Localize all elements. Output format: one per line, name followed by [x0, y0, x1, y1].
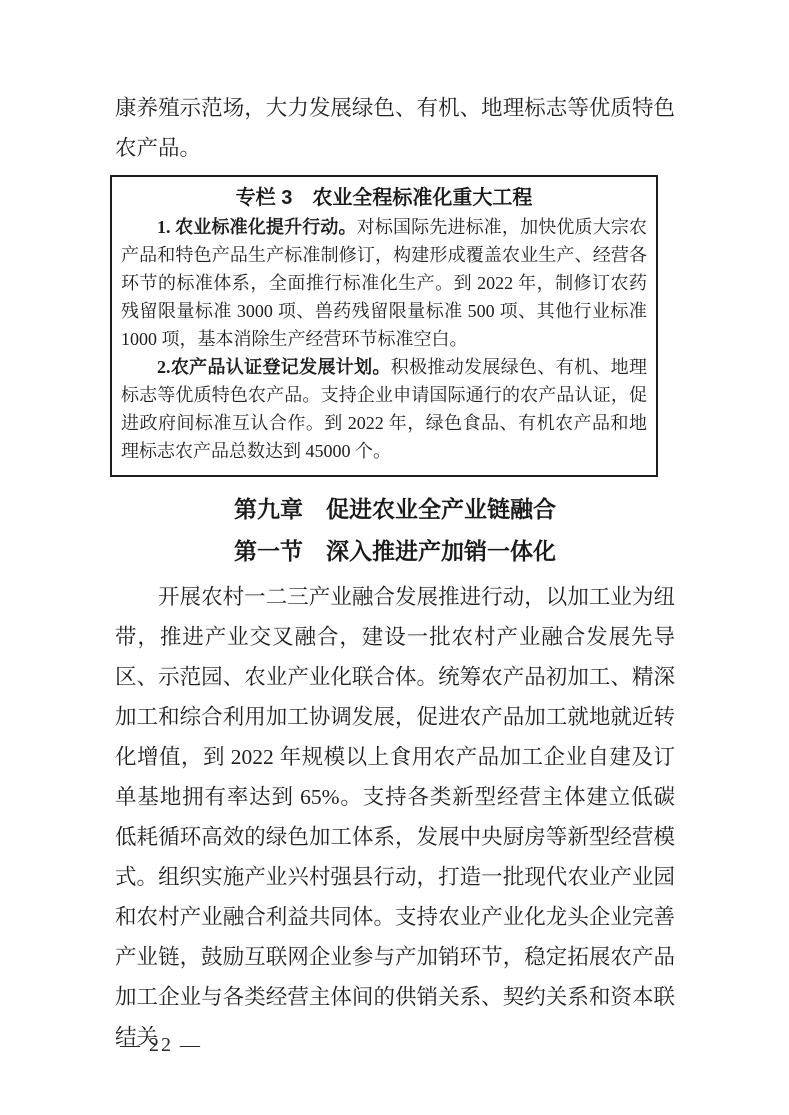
callout-box: 专栏 3 农业全程标准化重大工程 1. 农业标准化提升行动。对标国际先进标准，加…: [110, 175, 658, 477]
chapter-heading: 第九章 促进农业全产业链融合: [115, 494, 675, 524]
section-heading: 第一节 深入推进产加销一体化: [115, 537, 675, 567]
page-number: — 22 —: [120, 1034, 202, 1057]
callout-item-2-lead: 2.农产品认证登记发展计划。: [157, 357, 391, 377]
callout-item-1-lead: 1. 农业标准化提升行动。: [157, 217, 357, 237]
document-page: 康养殖示范场，大力发展绿色、有机、地理标志等优质特色农产品。 专栏 3 农业全程…: [0, 0, 789, 1115]
callout-title: 专栏 3 农业全程标准化重大工程: [121, 183, 647, 213]
callout-item-2: 2.农产品认证登记发展计划。积极推动发展绿色、有机、地理标志等优质特色农产品。支…: [121, 353, 647, 465]
body-paragraph: 开展农村一二三产业融合发展推进行动，以加工业为纽带，推进产业交叉融合，建设一批农…: [115, 577, 675, 1057]
intro-paragraph: 康养殖示范场，大力发展绿色、有机、地理标志等优质特色农产品。: [115, 88, 675, 168]
callout-item-1: 1. 农业标准化提升行动。对标国际先进标准，加快优质大宗农产品和特色产品生产标准…: [121, 213, 647, 353]
